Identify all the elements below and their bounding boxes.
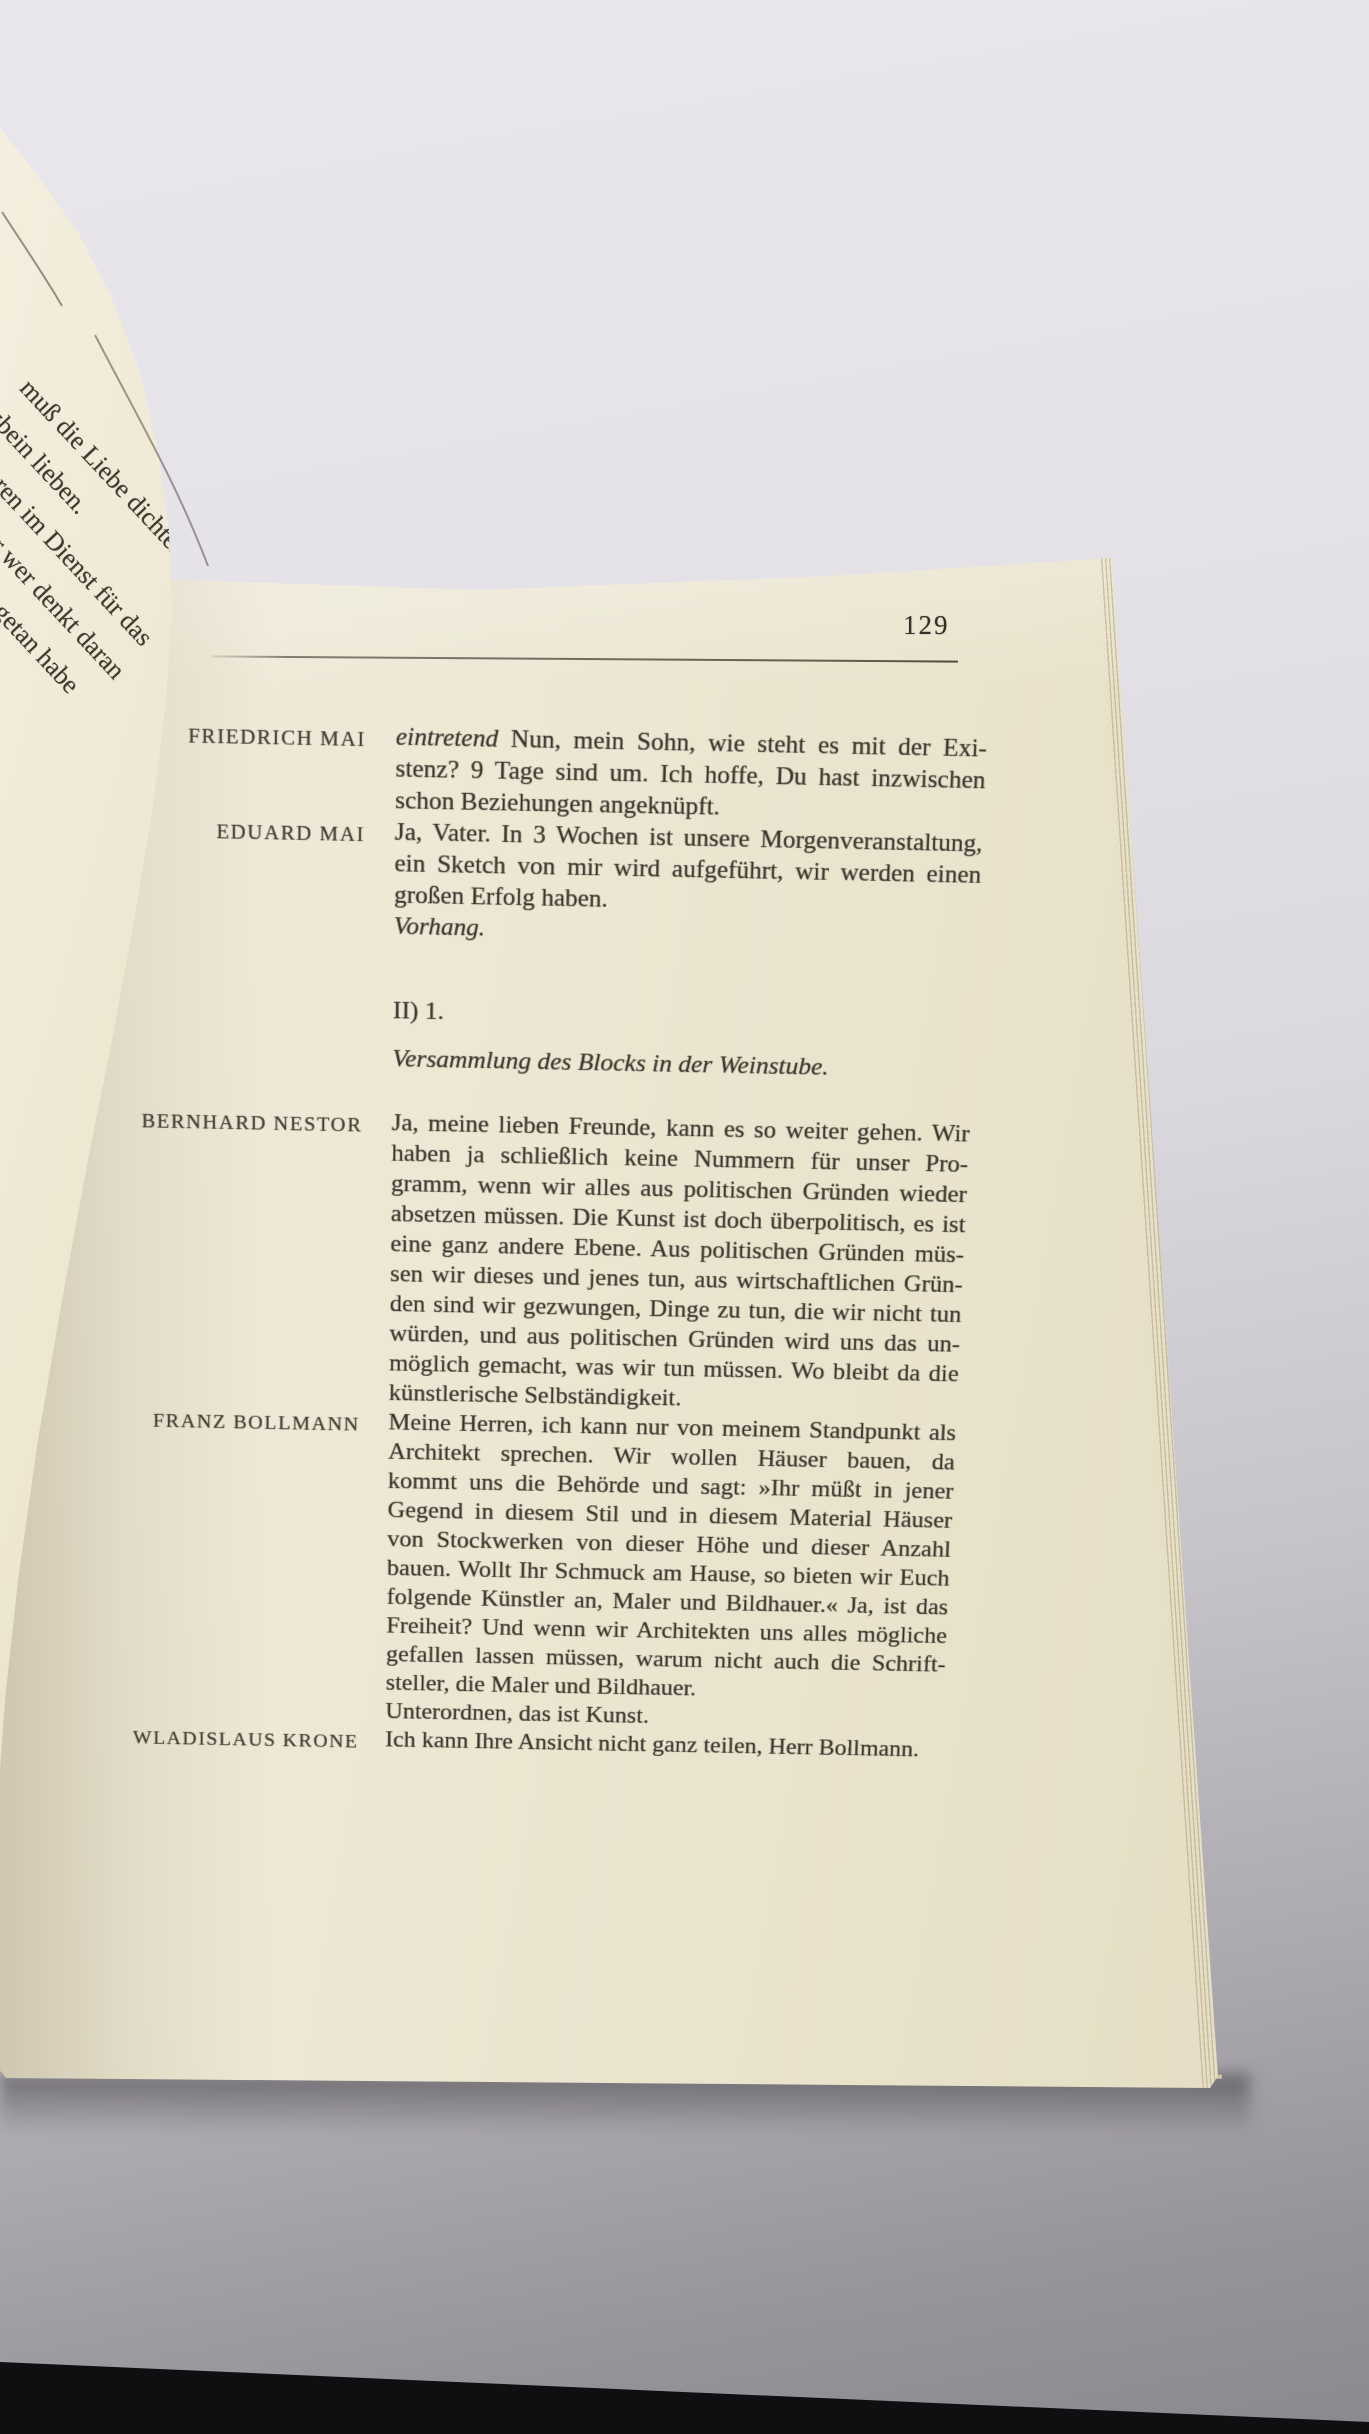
speaker-name: EDUARD MAI xyxy=(128,811,365,941)
scene-subtitle: Versammlung des Blocks in der Weinstube. xyxy=(129,1039,973,1084)
scene-heading: II) 1. xyxy=(129,991,975,1037)
page-fore-edge-stack xyxy=(1098,553,1222,2089)
speaker-name: FRANZ BOLLMANN xyxy=(131,1402,360,1724)
book-page-right: 129 FRIEDRICH MAIeintretend Nun, mein So… xyxy=(0,548,1224,2092)
book-photo-scene: 129 FRIEDRICH MAIeintretend Nun, mein So… xyxy=(0,0,1369,2434)
dialogue-entry: FRANZ BOLLMANNMeine Herren, ich kann nur… xyxy=(131,1402,956,1735)
speaker-name: WLADISLAUS KRONE xyxy=(133,1720,357,1753)
page-number: 129 xyxy=(903,610,950,641)
dialogue-entry: FRIEDRICH MAIeintretend Nun, mein Sohn, … xyxy=(128,715,988,827)
play-text-block: FRIEDRICH MAIeintretend Nun, mein Sohn, … xyxy=(128,715,988,1763)
dialogue-lines: Meine Herren, ich kann nur von meinem St… xyxy=(385,1407,956,1735)
dialogue-lines: Ja, Vater. In 3 Wochen ist unsere Morgen… xyxy=(394,816,984,953)
speaker-name: FRIEDRICH MAI xyxy=(128,715,366,815)
dialogue-entry: EDUARD MAIJa, Vater. In 3 Wochen ist uns… xyxy=(128,811,983,953)
dialogue-entry: BERNHARD NESTORJa, meine lieben Freunde,… xyxy=(130,1102,970,1418)
dialogue-lines: eintretend Nun, mein Sohn, wie steht es … xyxy=(395,721,988,828)
dialogue-lines: Ja, meine lieben Freunde, kann es so wei… xyxy=(389,1107,971,1418)
header-rule xyxy=(212,655,958,662)
speaker-name: BERNHARD NESTOR xyxy=(130,1102,363,1407)
